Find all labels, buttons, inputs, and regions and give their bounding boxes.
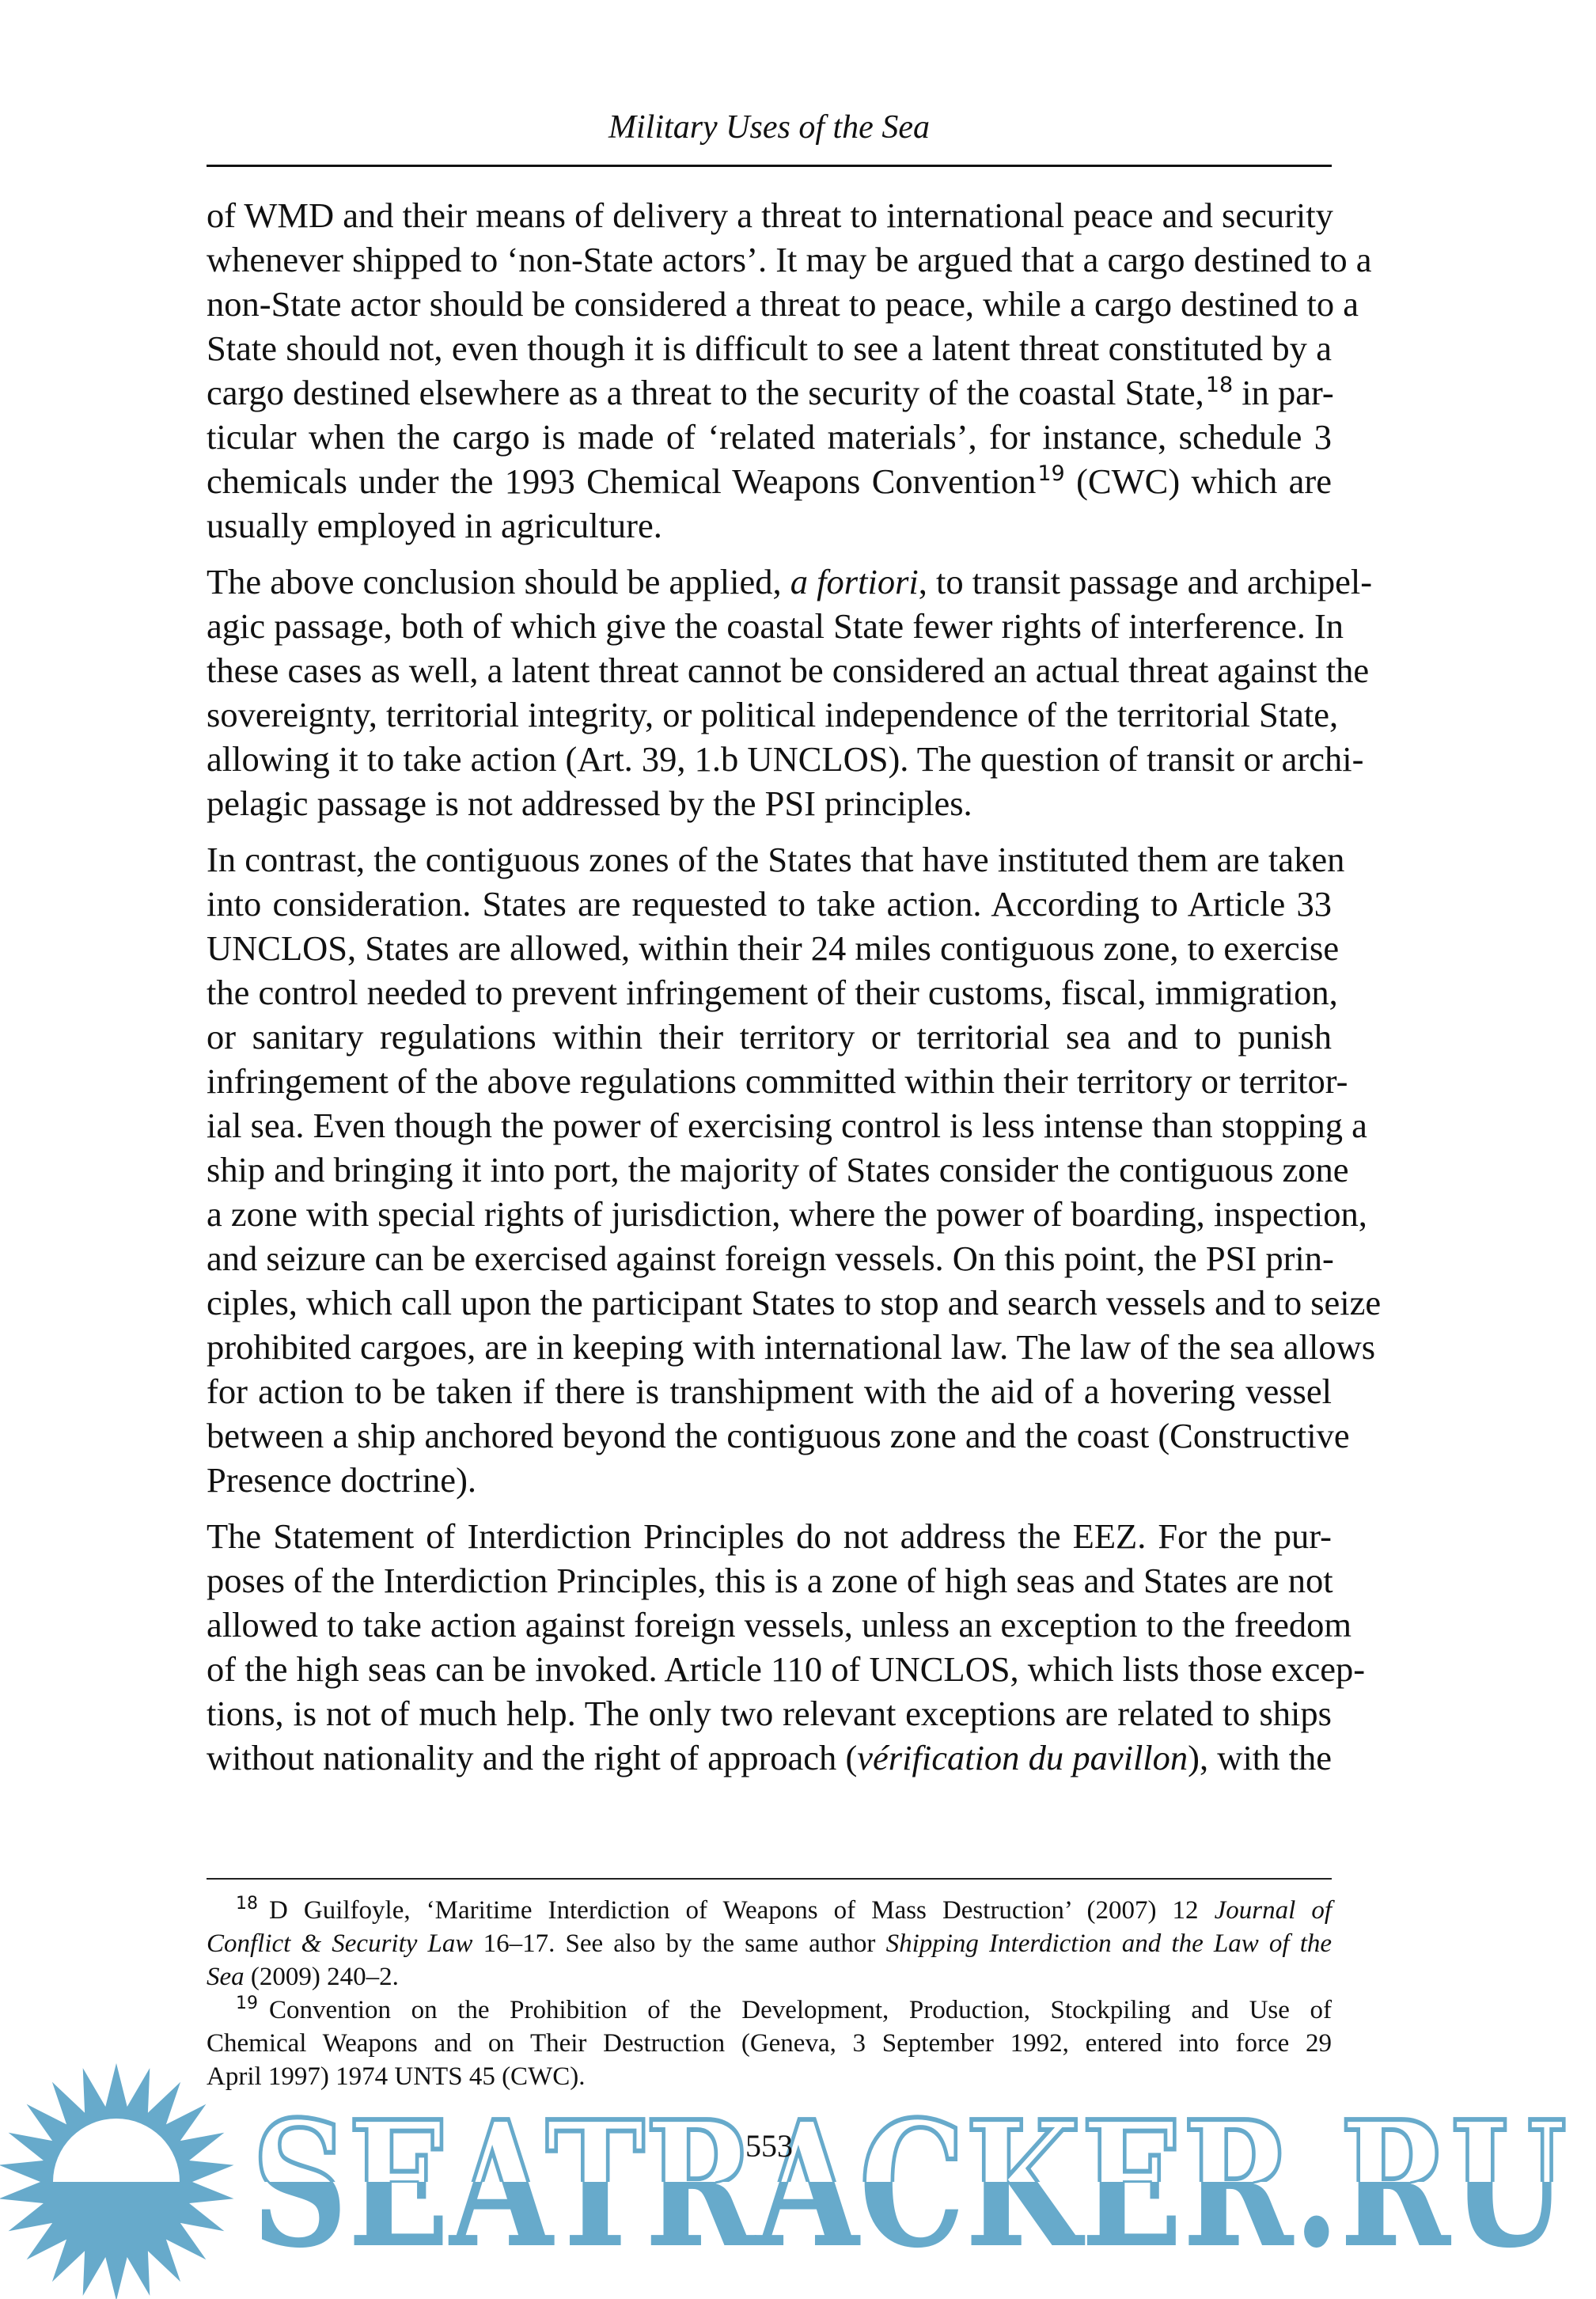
- text-line: and seizure can be exercised against for…: [207, 1236, 1332, 1280]
- text-line: State should not, even though it is diff…: [207, 326, 1332, 370]
- text-run: pelagic passage is not addressed by the …: [207, 783, 972, 823]
- footnote-line: Chemical Weapons and on Their Destructio…: [207, 2027, 1332, 2060]
- text-line: chemicals under the 1993 Chemical Weapon…: [207, 459, 1332, 503]
- text-run: D Guilfoyle, ‘Maritime Interdiction of W…: [269, 1896, 1215, 1925]
- italic-text: Journal of: [1215, 1896, 1332, 1925]
- text-line: or sanitary regulations within their ter…: [207, 1015, 1332, 1059]
- text-line: prohibited cargoes, are in keeping with …: [207, 1325, 1332, 1369]
- footnote-line: 19Convention on the Prohibition of the D…: [207, 1994, 1332, 2027]
- body-text: of WMD and their means of delivery a thr…: [207, 193, 1332, 1792]
- paragraph: The Statement of Interdiction Principles…: [207, 1514, 1332, 1780]
- text-line: poses of the Interdiction Principles, th…: [207, 1558, 1332, 1603]
- text-line: ial sea. Even though the power of exerci…: [207, 1103, 1332, 1148]
- text-run: April 1997) 1974 UNTS 45 (CWC).: [207, 2062, 585, 2091]
- text-line: Presence doctrine).: [207, 1458, 1332, 1502]
- text-run: and seizure can be exercised against for…: [207, 1239, 1334, 1278]
- text-run: ial sea. Even though the power of exerci…: [207, 1106, 1367, 1145]
- paragraph: In contrast, the contiguous zones of the…: [207, 837, 1332, 1502]
- text-run: The above conclusion should be applied,: [207, 562, 790, 601]
- footnote: 18D Guilfoyle, ‘Maritime Interdiction of…: [207, 1894, 1332, 1994]
- text-line: UNCLOS, States are allowed, within their…: [207, 926, 1332, 970]
- text-line: the control needed to prevent infringeme…: [207, 970, 1332, 1015]
- text-line: a zone with special rights of jurisdicti…: [207, 1192, 1332, 1236]
- text-run: State should not, even though it is diff…: [207, 328, 1332, 368]
- footnote-reference[interactable]: 18: [1206, 373, 1233, 397]
- text-run: a zone with special rights of jurisdicti…: [207, 1194, 1367, 1234]
- text-run: ship and bringing it into port, the majo…: [207, 1150, 1349, 1189]
- italic-text: Sea: [207, 1963, 245, 1991]
- text-run: non-State actor should be considered a t…: [207, 284, 1359, 324]
- footnote-number: 18: [236, 1894, 258, 1914]
- text-run: tions, is not of much help. The only two…: [207, 1694, 1332, 1733]
- text-run: Chemical Weapons and on Their Destructio…: [207, 2029, 1332, 2058]
- text-line: between a ship anchored beyond the conti…: [207, 1413, 1332, 1458]
- footnote-reference[interactable]: 19: [1037, 461, 1064, 486]
- footnote-rule: [207, 1878, 1332, 1880]
- text-run: or sanitary regulations within their ter…: [207, 1017, 1332, 1057]
- paragraph: The above conclusion should be applied, …: [207, 560, 1332, 825]
- text-run: allowed to take action against foreign v…: [207, 1605, 1351, 1645]
- text-run: The Statement of Interdiction Principles…: [207, 1516, 1332, 1556]
- text-run: in par-: [1233, 373, 1334, 412]
- watermark-text: SEATRACKER.RU SEATRACKER.RU: [252, 2084, 1567, 2286]
- text-line: tions, is not of much help. The only two…: [207, 1691, 1332, 1736]
- text-run: infringement of the above regulations co…: [207, 1061, 1348, 1101]
- text-line: ciples, which call upon the participant …: [207, 1280, 1332, 1325]
- text-run: Presence doctrine).: [207, 1460, 476, 1500]
- text-run: cargo destined elsewhere as a threat to …: [207, 373, 1204, 412]
- text-line: of WMD and their means of delivery a thr…: [207, 193, 1332, 237]
- text-run: sovereignty, territorial integrity, or p…: [207, 695, 1338, 734]
- paragraph: of WMD and their means of delivery a thr…: [207, 193, 1332, 548]
- footnote: 19Convention on the Prohibition of the D…: [207, 1994, 1332, 2093]
- text-line: cargo destined elsewhere as a threat to …: [207, 370, 1332, 415]
- text-run: ), with the: [1188, 1738, 1332, 1777]
- text-run: into consideration. States are requested…: [207, 884, 1332, 924]
- footnotes: 18D Guilfoyle, ‘Maritime Interdiction of…: [207, 1894, 1332, 2093]
- text-line: without nationality and the right of app…: [207, 1736, 1332, 1780]
- text-run: these cases as well, a latent threat can…: [207, 651, 1369, 690]
- document-page: Military Uses of the Sea of WMD and thei…: [0, 0, 1596, 2299]
- header-rule: [207, 165, 1332, 167]
- text-line: for action to be taken if there is trans…: [207, 1369, 1332, 1413]
- running-head: Military Uses of the Sea: [207, 108, 1332, 147]
- text-run: 16–17. See also by the same author: [472, 1929, 885, 1958]
- text-run: of the high seas can be invoked. Article…: [207, 1649, 1365, 1689]
- text-run: usually employed in agriculture.: [207, 506, 662, 545]
- footnote-line: Sea (2009) 240–2.: [207, 1960, 1332, 1994]
- text-run: the control needed to prevent infringeme…: [207, 973, 1338, 1012]
- text-run: (CWC) which are: [1065, 461, 1332, 501]
- text-line: The Statement of Interdiction Principles…: [207, 1514, 1332, 1558]
- text-line: allowed to take action against foreign v…: [207, 1603, 1332, 1647]
- text-line: agic passage, both of which give the coa…: [207, 604, 1332, 648]
- text-run: of WMD and their means of delivery a thr…: [207, 195, 1333, 235]
- text-run: , to transit passage and archipel-: [919, 562, 1372, 601]
- text-line: non-State actor should be considered a t…: [207, 282, 1332, 326]
- text-run: chemicals under the 1993 Chemical Weapon…: [207, 461, 1036, 501]
- text-run: ticular when the cargo is made of ‘relat…: [207, 417, 1332, 457]
- text-line: whenever shipped to ‘non-State actors’. …: [207, 237, 1332, 282]
- text-line: The above conclusion should be applied, …: [207, 560, 1332, 604]
- text-line: ship and bringing it into port, the majo…: [207, 1148, 1332, 1192]
- italic-text: Conflict & Security Law: [207, 1929, 472, 1958]
- text-run: prohibited cargoes, are in keeping with …: [207, 1327, 1375, 1367]
- italic-text: Shipping Interdiction and the Law of the: [886, 1929, 1332, 1958]
- footnote-line: Conflict & Security Law 16–17. See also …: [207, 1927, 1332, 1960]
- svg-text:SEATRACKER.RU: SEATRACKER.RU: [252, 2084, 1567, 2286]
- text-run: without nationality and the right of app…: [207, 1738, 857, 1777]
- italic-text: vérification du pavillon: [857, 1738, 1188, 1777]
- text-line: infringement of the above regulations co…: [207, 1059, 1332, 1103]
- text-line: sovereignty, territorial integrity, or p…: [207, 692, 1332, 737]
- text-run: whenever shipped to ‘non-State actors’. …: [207, 240, 1372, 279]
- text-run: In contrast, the contiguous zones of the…: [207, 840, 1344, 879]
- text-run: UNCLOS, States are allowed, within their…: [207, 928, 1339, 968]
- text-line: In contrast, the contiguous zones of the…: [207, 837, 1332, 882]
- watermark: SEATRACKER.RU SEATRACKER.RU: [0, 2058, 1596, 2299]
- text-line: into consideration. States are requested…: [207, 882, 1332, 926]
- text-run: poses of the Interdiction Principles, th…: [207, 1561, 1333, 1600]
- text-run: ciples, which call upon the participant …: [207, 1283, 1381, 1322]
- text-run: Convention on the Prohibition of the Dev…: [269, 1996, 1332, 2024]
- text-line: usually employed in agriculture.: [207, 503, 1332, 548]
- text-run: for action to be taken if there is trans…: [207, 1371, 1332, 1411]
- italic-text: a fortiori: [790, 562, 919, 601]
- text-line: allowing it to take action (Art. 39, 1.b…: [207, 737, 1332, 781]
- text-line: these cases as well, a latent threat can…: [207, 648, 1332, 692]
- text-run: (2009) 240–2.: [245, 1963, 399, 1991]
- footnote-line: 18D Guilfoyle, ‘Maritime Interdiction of…: [207, 1894, 1332, 1927]
- text-line: ticular when the cargo is made of ‘relat…: [207, 415, 1332, 459]
- footnote-line: April 1997) 1974 UNTS 45 (CWC).: [207, 2060, 1332, 2093]
- sun-logo-icon: [0, 2063, 234, 2299]
- text-run: agic passage, both of which give the coa…: [207, 606, 1344, 646]
- text-run: allowing it to take action (Art. 39, 1.b…: [207, 739, 1363, 779]
- footnote-number: 19: [236, 1994, 258, 2013]
- text-line: of the high seas can be invoked. Article…: [207, 1647, 1332, 1691]
- page-number: 553: [0, 2129, 1538, 2164]
- text-run: between a ship anchored beyond the conti…: [207, 1416, 1350, 1455]
- text-line: pelagic passage is not addressed by the …: [207, 781, 1332, 825]
- svg-text:SEATRACKER.RU: SEATRACKER.RU: [252, 2084, 1567, 2286]
